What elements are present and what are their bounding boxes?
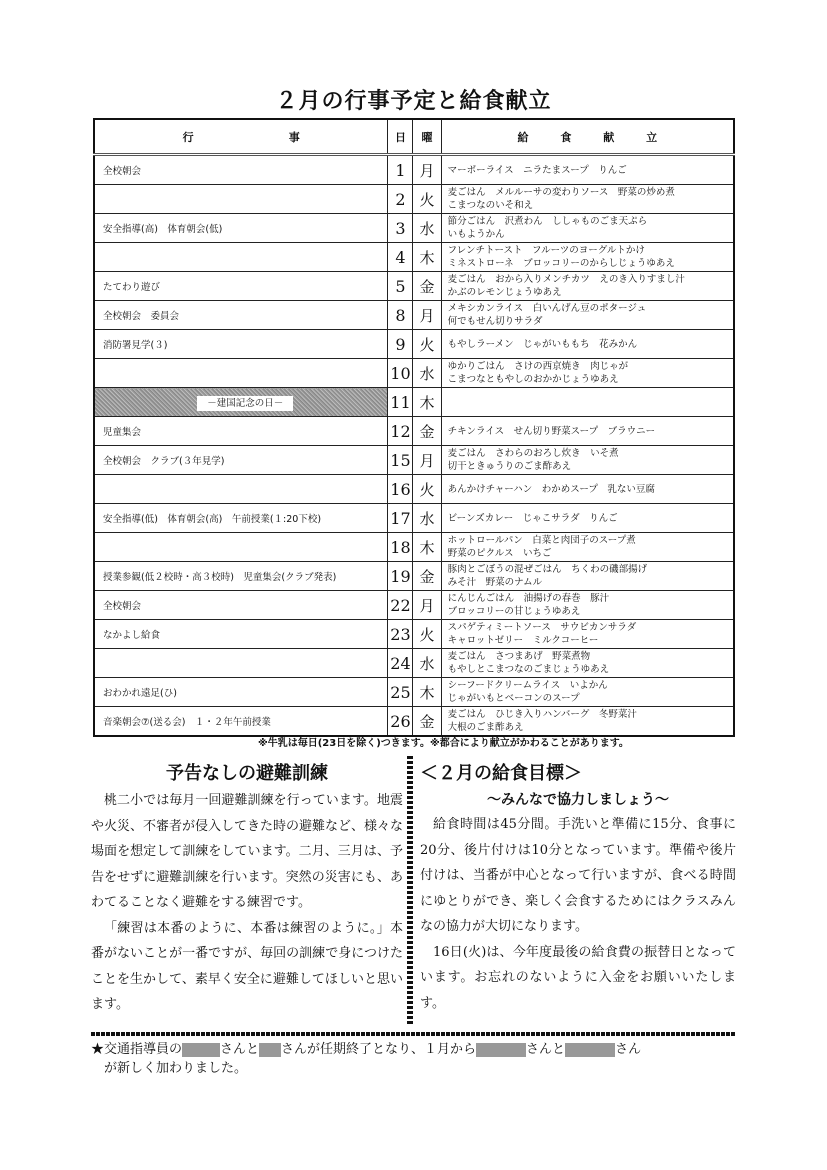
event-cell bbox=[94, 649, 388, 678]
menu-line: ビーンズカレー じゃこサラダ りんご bbox=[448, 512, 733, 525]
event-cell: 児童集会 bbox=[94, 417, 388, 446]
event-cell bbox=[94, 475, 388, 504]
menu-line: スパゲティミートソース サウビカンサラダ bbox=[448, 621, 733, 634]
event-text: 消防署見学(３) bbox=[103, 340, 167, 351]
menu-line: かぶのレモンじょうゆあえ bbox=[448, 286, 733, 299]
menu-line: こまつなともやしのおかかじょうゆあえ bbox=[448, 373, 733, 386]
lunch-goal-article: ＜２月の給食目標＞ ～みんなで協力しましょう～ 給食時間は45分間。手洗いと準備… bbox=[420, 760, 736, 1016]
event-text: なかよし給食 bbox=[103, 630, 160, 641]
menu-cell: 豚肉とごぼうの混ぜごはん ちくわの磯部揚げみそ汁 野菜のナムル bbox=[441, 562, 734, 591]
event-cell: おわかれ遠足(ひ) bbox=[94, 678, 388, 707]
menu-cell: 麦ごはん おから入りメンチカツ えのき入りすまし汁かぶのレモンじょうゆあえ bbox=[441, 272, 734, 301]
evacuation-drill-article: 予告なしの避難訓練 桃二小では毎月一回避難訓練を行っています。地震や火災、不審者… bbox=[91, 760, 403, 1018]
day-cell: 1 bbox=[388, 155, 413, 185]
weekday-cell: 火 bbox=[413, 185, 441, 214]
event-cell bbox=[94, 185, 388, 214]
day-cell: 5 bbox=[388, 272, 413, 301]
event-text: 安全指導(高) 体育朝会(低) bbox=[103, 224, 222, 235]
menu-line: 大根のごま酢あえ bbox=[448, 721, 733, 734]
menu-cell: 節分ごはん 沢煮わん ししゃものごま天ぷらいもようかん bbox=[441, 214, 734, 243]
menu-line: キャロットゼリー ミルクコーヒー bbox=[448, 634, 733, 647]
event-text: 全校朝会 bbox=[103, 601, 141, 612]
weekday-cell: 月 bbox=[413, 591, 441, 620]
weekday-cell: 火 bbox=[413, 620, 441, 649]
menu-cell: メキシカンライス 白いんげん豆のポタージュ何でもせん切りサラダ bbox=[441, 301, 734, 330]
event-cell: 音楽朝会⑦(送る会) １・２年午前授業 bbox=[94, 707, 388, 737]
header-menu-char: 献 bbox=[603, 129, 614, 145]
menu-cell bbox=[441, 388, 734, 417]
menu-cell: ゆかりごはん さけの西京焼き 肉じゃがこまつなともやしのおかかじょうゆあえ bbox=[441, 359, 734, 388]
menu-line: フレンチトースト フルーツのヨーグルトかけ bbox=[448, 244, 733, 257]
redacted-name bbox=[476, 1043, 526, 1057]
day-cell: 18 bbox=[388, 533, 413, 562]
menu-line: 豚肉とごぼうの混ぜごはん ちくわの磯部揚げ bbox=[448, 563, 733, 576]
weekday-cell: 木 bbox=[413, 388, 441, 417]
menu-cell: にんじんごはん 油揚げの春巻 豚汁ブロッコリーの甘じょうゆあえ bbox=[441, 591, 734, 620]
menu-cell: チキンライス せん切り野菜スープ ブラウニー bbox=[441, 417, 734, 446]
day-cell: 11 bbox=[388, 388, 413, 417]
event-text: 全校朝会 委員会 bbox=[103, 311, 179, 322]
weekday-cell: 金 bbox=[413, 417, 441, 446]
menu-cell: あんかけチャーハン わかめスープ 乳ない豆腐 bbox=[441, 475, 734, 504]
article-heading: ＜２月の給食目標＞ bbox=[420, 760, 736, 788]
notice-text: が新しく加わりました。 bbox=[91, 1061, 247, 1076]
day-cell: 15 bbox=[388, 446, 413, 475]
table-row: なかよし給食23火スパゲティミートソース サウビカンサラダキャロットゼリー ミル… bbox=[94, 620, 734, 649]
event-text: 安全指導(低) 体育朝会(高) 午前授業(１:20下校) bbox=[103, 514, 321, 525]
weekday-cell: 金 bbox=[413, 707, 441, 737]
section-divider bbox=[91, 1032, 736, 1036]
event-cell bbox=[94, 533, 388, 562]
weekday-cell: 火 bbox=[413, 330, 441, 359]
article-subheading: ～みんなで協力しましょう～ bbox=[420, 788, 736, 812]
table-row: 安全指導(高) 体育朝会(低)3水節分ごはん 沢煮わん ししゃものごま天ぷらいも… bbox=[94, 214, 734, 243]
menu-line: ブロッコリーの甘じょうゆあえ bbox=[448, 605, 733, 618]
table-row: 2火麦ごはん メルルーサの変わりソース 野菜の炒め煮こまつなのいそ和え bbox=[94, 185, 734, 214]
weekday-cell: 木 bbox=[413, 678, 441, 707]
day-cell: 25 bbox=[388, 678, 413, 707]
menu-cell: ホットロールパン 白菜と肉団子のスープ煮野菜のピクルス いちご bbox=[441, 533, 734, 562]
event-cell bbox=[94, 359, 388, 388]
table-row: 安全指導(低) 体育朝会(高) 午前授業(１:20下校)17水ビーンズカレー じ… bbox=[94, 504, 734, 533]
menu-cell: フレンチトースト フルーツのヨーグルトかけミネストローネ ブロッコリーのからしじ… bbox=[441, 243, 734, 272]
event-cell: －建国記念の日－ bbox=[94, 388, 388, 417]
menu-cell: シーフードクリームライス いよかんじゃがいもとベーコンのスープ bbox=[441, 678, 734, 707]
day-cell: 24 bbox=[388, 649, 413, 678]
menu-line: にんじんごはん 油揚げの春巻 豚汁 bbox=[448, 592, 733, 605]
table-row: 16火あんかけチャーハン わかめスープ 乳ない豆腐 bbox=[94, 475, 734, 504]
event-cell: 全校朝会 bbox=[94, 155, 388, 185]
day-cell: 9 bbox=[388, 330, 413, 359]
notice-text: ★交通指導員の bbox=[91, 1042, 182, 1057]
menu-line: 節分ごはん 沢煮わん ししゃものごま天ぷら bbox=[448, 215, 733, 228]
menu-cell: マーボーライス ニラたまスープ りんご bbox=[441, 155, 734, 185]
table-row: －建国記念の日－11木 bbox=[94, 388, 734, 417]
table-row: 全校朝会 クラブ(３年見学)15月麦ごはん さわらのおろし炊き いそ煮切干ときゅ… bbox=[94, 446, 734, 475]
menu-line: 野菜のピクルス いちご bbox=[448, 547, 733, 560]
day-cell: 10 bbox=[388, 359, 413, 388]
event-cell: なかよし給食 bbox=[94, 620, 388, 649]
menu-cell: 麦ごはん メルルーサの変わりソース 野菜の炒め煮こまつなのいそ和え bbox=[441, 185, 734, 214]
weekday-cell: 月 bbox=[413, 446, 441, 475]
day-cell: 17 bbox=[388, 504, 413, 533]
redacted-name bbox=[259, 1043, 281, 1057]
weekday-cell: 木 bbox=[413, 243, 441, 272]
table-row: 全校朝会22月にんじんごはん 油揚げの春巻 豚汁ブロッコリーの甘じょうゆあえ bbox=[94, 591, 734, 620]
event-cell: 全校朝会 bbox=[94, 591, 388, 620]
notice-text: さん bbox=[615, 1042, 641, 1057]
table-row: 24水麦ごはん さつまあげ 野菜煮物もやしとこまつなのごまじょうゆあえ bbox=[94, 649, 734, 678]
day-cell: 3 bbox=[388, 214, 413, 243]
article-paragraph: 16日(火)は、今年度最後の給食費の振替日となっています。お忘れのないように入金… bbox=[420, 940, 736, 1017]
table-row: 音楽朝会⑦(送る会) １・２年午前授業26金麦ごはん ひじき入りハンバーグ 冬野… bbox=[94, 707, 734, 737]
day-cell: 8 bbox=[388, 301, 413, 330]
notice-text: さんが任期終了となり、１月から bbox=[281, 1042, 476, 1057]
menu-line: メキシカンライス 白いんげん豆のポタージュ bbox=[448, 302, 733, 315]
article-paragraph: 桃二小では毎月一回避難訓練を行っています。地震や火災、不審者が侵入してきた時の避… bbox=[91, 788, 403, 916]
menu-cell: 麦ごはん さわらのおろし炊き いそ煮切干ときゅうりのごま酢あえ bbox=[441, 446, 734, 475]
weekday-cell: 金 bbox=[413, 562, 441, 591]
menu-cell: 麦ごはん ひじき入りハンバーグ 冬野菜汁大根のごま酢あえ bbox=[441, 707, 734, 737]
event-cell: たてわり遊び bbox=[94, 272, 388, 301]
menu-line: 切干ときゅうりのごま酢あえ bbox=[448, 460, 733, 473]
table-row: おわかれ遠足(ひ)25木シーフードクリームライス いよかんじゃがいもとベーコンの… bbox=[94, 678, 734, 707]
menu-line: 麦ごはん さわらのおろし炊き いそ煮 bbox=[448, 447, 733, 460]
holiday-label: －建国記念の日－ bbox=[197, 396, 293, 411]
event-cell: 全校朝会 委員会 bbox=[94, 301, 388, 330]
weekday-cell: 水 bbox=[413, 504, 441, 533]
redacted-name bbox=[565, 1043, 615, 1057]
event-text: 全校朝会 クラブ(３年見学) bbox=[103, 456, 224, 467]
header-weekday: 曜 bbox=[413, 119, 441, 155]
table-row: 10水ゆかりごはん さけの西京焼き 肉じゃがこまつなともやしのおかかじょうゆあえ bbox=[94, 359, 734, 388]
menu-cell: 麦ごはん さつまあげ 野菜煮物もやしとこまつなのごまじょうゆあえ bbox=[441, 649, 734, 678]
day-cell: 16 bbox=[388, 475, 413, 504]
article-paragraph: 「練習は本番のように、本番は練習のように。」本番がないことが一番ですが、毎回の訓… bbox=[91, 916, 403, 1018]
table-row: 4木フレンチトースト フルーツのヨーグルトかけミネストローネ ブロッコリーのから… bbox=[94, 243, 734, 272]
traffic-guard-notice: ★交通指導員のさんとさんが任期終了となり、１月からさんとさん が新しく加わりまし… bbox=[91, 1040, 741, 1078]
redacted-name bbox=[182, 1043, 220, 1057]
milk-note: ※牛乳は毎日(23日を除く)つきます。※都合により献立がかわることがあります。 bbox=[258, 734, 629, 749]
day-cell: 22 bbox=[388, 591, 413, 620]
menu-line: 麦ごはん さつまあげ 野菜煮物 bbox=[448, 650, 733, 663]
weekday-cell: 木 bbox=[413, 533, 441, 562]
header-menu-char: 食 bbox=[560, 129, 571, 145]
menu-line: もやしとこまつなのごまじょうゆあえ bbox=[448, 663, 733, 676]
article-heading: 予告なしの避難訓練 bbox=[91, 760, 403, 788]
header-menu: 給食献立 bbox=[441, 119, 734, 155]
menu-line: こまつなのいそ和え bbox=[448, 199, 733, 212]
menu-line: ゆかりごはん さけの西京焼き 肉じゃが bbox=[448, 360, 733, 373]
weekday-cell: 水 bbox=[413, 214, 441, 243]
table-row: 18木ホットロールパン 白菜と肉団子のスープ煮野菜のピクルス いちご bbox=[94, 533, 734, 562]
notice-text: さんと bbox=[220, 1042, 259, 1057]
event-text: 全校朝会 bbox=[103, 166, 141, 177]
article-paragraph: 給食時間は45分間。手洗いと準備に15分、食事に20分、後片付けは10分となって… bbox=[420, 812, 736, 940]
day-cell: 26 bbox=[388, 707, 413, 737]
menu-line: 麦ごはん メルルーサの変わりソース 野菜の炒め煮 bbox=[448, 186, 733, 199]
event-cell: 授業参観(低２校時・高３校時) 児童集会(クラブ発表) bbox=[94, 562, 388, 591]
day-cell: 19 bbox=[388, 562, 413, 591]
event-text: 授業参観(低２校時・高３校時) 児童集会(クラブ発表) bbox=[103, 572, 336, 583]
weekday-cell: 金 bbox=[413, 272, 441, 301]
event-cell: 安全指導(低) 体育朝会(高) 午前授業(１:20下校) bbox=[94, 504, 388, 533]
weekday-cell: 水 bbox=[413, 649, 441, 678]
menu-line: 麦ごはん おから入りメンチカツ えのき入りすまし汁 bbox=[448, 273, 733, 286]
table-row: 授業参観(低２校時・高３校時) 児童集会(クラブ発表)19金豚肉とごぼうの混ぜご… bbox=[94, 562, 734, 591]
day-cell: 23 bbox=[388, 620, 413, 649]
table-row: 全校朝会 委員会8月メキシカンライス 白いんげん豆のポタージュ何でもせん切りサラ… bbox=[94, 301, 734, 330]
event-text: 児童集会 bbox=[103, 427, 141, 438]
event-cell bbox=[94, 243, 388, 272]
event-cell: 全校朝会 クラブ(３年見学) bbox=[94, 446, 388, 475]
header-events-char: 事 bbox=[289, 129, 300, 145]
menu-line: ホットロールパン 白菜と肉団子のスープ煮 bbox=[448, 534, 733, 547]
menu-line: ミネストローネ ブロッコリーのからしじょうゆあえ bbox=[448, 257, 733, 270]
menu-line: シーフードクリームライス いよかん bbox=[448, 679, 733, 692]
weekday-cell: 月 bbox=[413, 155, 441, 185]
menu-line: マーボーライス ニラたまスープ りんご bbox=[448, 164, 733, 177]
weekday-cell: 火 bbox=[413, 475, 441, 504]
menu-line: じゃがいもとベーコンのスープ bbox=[448, 692, 733, 705]
table-row: 全校朝会1月マーボーライス ニラたまスープ りんご bbox=[94, 155, 734, 185]
menu-line: あんかけチャーハン わかめスープ 乳ない豆腐 bbox=[448, 483, 733, 496]
header-events: 行事 bbox=[94, 119, 388, 155]
menu-line: もやしラーメン じゃがいももち 花みかん bbox=[448, 338, 733, 351]
table-row: 消防署見学(３)9火もやしラーメン じゃがいももち 花みかん bbox=[94, 330, 734, 359]
menu-line: 何でもせん切りサラダ bbox=[448, 315, 733, 328]
menu-line: みそ汁 野菜のナムル bbox=[448, 576, 733, 589]
menu-cell: もやしラーメン じゃがいももち 花みかん bbox=[441, 330, 734, 359]
event-text: おわかれ遠足(ひ) bbox=[103, 688, 177, 699]
header-menu-char: 給 bbox=[517, 129, 528, 145]
header-menu-char: 立 bbox=[646, 129, 657, 145]
notice-text: さんと bbox=[526, 1042, 565, 1057]
menu-line: 麦ごはん ひじき入りハンバーグ 冬野菜汁 bbox=[448, 708, 733, 721]
event-cell: 安全指導(高) 体育朝会(低) bbox=[94, 214, 388, 243]
table-header-row: 行事 日 曜 給食献立 bbox=[94, 119, 734, 155]
menu-line: チキンライス せん切り野菜スープ ブラウニー bbox=[448, 425, 733, 438]
event-cell: 消防署見学(３) bbox=[94, 330, 388, 359]
header-events-char: 行 bbox=[183, 129, 194, 145]
day-cell: 4 bbox=[388, 243, 413, 272]
weekday-cell: 月 bbox=[413, 301, 441, 330]
column-divider bbox=[407, 756, 413, 1026]
event-text: 音楽朝会⑦(送る会) １・２年午前授業 bbox=[103, 717, 271, 728]
header-day: 日 bbox=[388, 119, 413, 155]
menu-cell: スパゲティミートソース サウビカンサラダキャロットゼリー ミルクコーヒー bbox=[441, 620, 734, 649]
page-title: ２月の行事予定と給食献立 bbox=[0, 84, 827, 115]
schedule-table: 行事 日 曜 給食献立 全校朝会1月マーボーライス ニラたまスープ りんご2火麦… bbox=[93, 118, 735, 737]
menu-line: いもようかん bbox=[448, 228, 733, 241]
event-text: たてわり遊び bbox=[103, 282, 160, 293]
day-cell: 2 bbox=[388, 185, 413, 214]
menu-cell: ビーンズカレー じゃこサラダ りんご bbox=[441, 504, 734, 533]
weekday-cell: 水 bbox=[413, 359, 441, 388]
table-row: たてわり遊び5金麦ごはん おから入りメンチカツ えのき入りすまし汁かぶのレモンじ… bbox=[94, 272, 734, 301]
table-row: 児童集会12金チキンライス せん切り野菜スープ ブラウニー bbox=[94, 417, 734, 446]
day-cell: 12 bbox=[388, 417, 413, 446]
